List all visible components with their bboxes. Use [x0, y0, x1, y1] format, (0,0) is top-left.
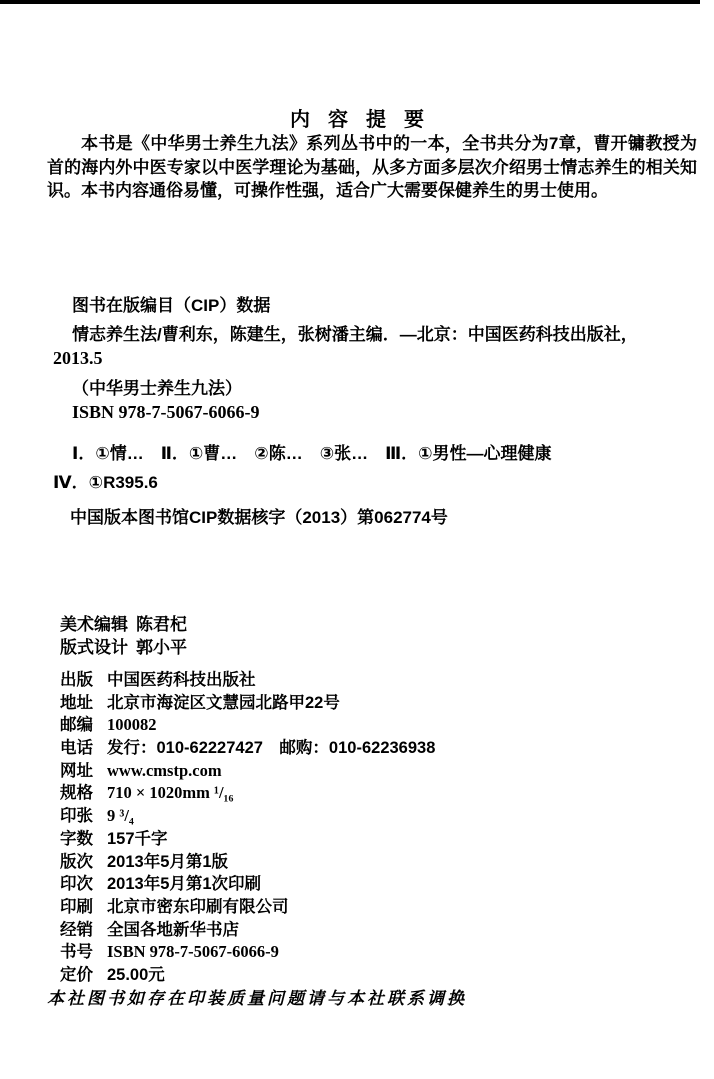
quality-exchange-note: 本社图书如存在印装质量问题请与本社联系调换 — [47, 984, 467, 1009]
credit-row-layout-designer: 版式设计郭小平 — [60, 636, 187, 659]
credit-label: 美术编辑 — [60, 613, 136, 636]
cip-title-year: 2013.5 — [53, 348, 103, 369]
pub-label: 规格 — [60, 782, 107, 805]
pub-value: 157千字 — [107, 830, 168, 848]
pub-row-printer: 印刷北京市密东印刷有限公司 — [60, 896, 435, 919]
pub-label: 经销 — [60, 919, 107, 942]
pub-label: 印刷 — [60, 896, 107, 919]
cip-classification-line1: Ⅰ．①情… Ⅱ．①曹… ②陈… ③张… Ⅲ．①男性—心理健康 — [72, 439, 552, 464]
pub-label: 邮编 — [60, 714, 107, 737]
pub-label: 版次 — [60, 851, 107, 874]
credit-value: 郭小平 — [136, 638, 187, 657]
pub-row-sheets: 印张9 ³/₄ — [60, 805, 435, 828]
pub-row-address: 地址北京市海淀区文慧园北路甲22号 — [60, 692, 435, 715]
summary-paragraph: 本书是《中华男士养生九法》系列丛书中的一本，全书共分为7章，曹开镛教授为首的海内… — [47, 132, 697, 203]
pub-label: 电话 — [60, 737, 107, 760]
pub-value: 中国医药科技出版社 — [107, 671, 256, 689]
pub-value: 全国各地新华书店 — [107, 921, 239, 939]
pub-row-phone: 电话发行：010-62227427 邮购：010-62236938 — [60, 737, 435, 760]
pub-row-publisher: 出版中国医药科技出版社 — [60, 669, 435, 692]
summary-title: 内容提要 — [0, 103, 714, 132]
credit-value: 陈君杞 — [136, 615, 187, 634]
pub-row-printing: 印次2013年5月第1次印刷 — [60, 873, 435, 896]
pub-row-wordcount: 字数157千字 — [60, 828, 435, 851]
pub-value: 710 × 1020mm ¹/₁₆ — [107, 783, 233, 802]
cip-classification-line2: Ⅳ．①R395.6 — [53, 468, 158, 493]
pub-value: www.cmstp.com — [107, 761, 222, 780]
pub-row-isbn: 书号ISBN 978-7-5067-6066-9 — [60, 941, 435, 964]
pub-row-postcode: 邮编100082 — [60, 714, 435, 737]
pub-label: 字数 — [60, 828, 107, 851]
pub-row-website: 网址www.cmstp.com — [60, 760, 435, 783]
pub-row-edition: 版次2013年5月第1版 — [60, 851, 435, 874]
pub-label: 出版 — [60, 669, 107, 692]
pub-value: ISBN 978-7-5067-6066-9 — [107, 942, 279, 961]
cip-series-title: （中华男士养生九法） — [72, 374, 242, 399]
cip-record-number: 中国版本图书馆CIP数据核字（2013）第062774号 — [70, 503, 448, 528]
pub-value: 2013年5月第1次印刷 — [107, 875, 261, 893]
pub-value: 100082 — [107, 715, 157, 734]
pub-label: 书号 — [60, 941, 107, 964]
pub-value: 2013年5月第1版 — [107, 853, 228, 871]
pub-label: 印次 — [60, 873, 107, 896]
publication-info-block: 出版中国医药科技出版社 地址北京市海淀区文慧园北路甲22号 邮编100082 电… — [60, 669, 435, 987]
cip-isbn: ISBN 978-7-5067-6066-9 — [72, 402, 260, 423]
pub-value: 发行：010-62227427 邮购：010-62236938 — [107, 739, 435, 757]
cip-heading: 图书在版编目（CIP）数据 — [72, 291, 270, 316]
pub-value: 25.00元 — [107, 966, 165, 984]
credit-label: 版式设计 — [60, 636, 136, 659]
pub-value: 9 ³/₄ — [107, 806, 134, 825]
pub-row-format: 规格710 × 1020mm ¹/₁₆ — [60, 782, 435, 805]
pub-row-distributor: 经销全国各地新华书店 — [60, 919, 435, 942]
pub-label: 印张 — [60, 805, 107, 828]
credits-block: 美术编辑陈君杞 版式设计郭小平 — [60, 613, 187, 659]
pub-value: 北京市密东印刷有限公司 — [107, 898, 289, 916]
cip-title-line: 情志养生法/曹利东，陈建生，张树潘主编．—北京：中国医药科技出版社， — [72, 320, 638, 345]
credit-row-art-editor: 美术编辑陈君杞 — [60, 613, 187, 636]
page-top-rule — [0, 0, 700, 4]
pub-label: 网址 — [60, 760, 107, 783]
pub-value: 北京市海淀区文慧园北路甲22号 — [107, 694, 340, 712]
pub-label: 地址 — [60, 692, 107, 715]
